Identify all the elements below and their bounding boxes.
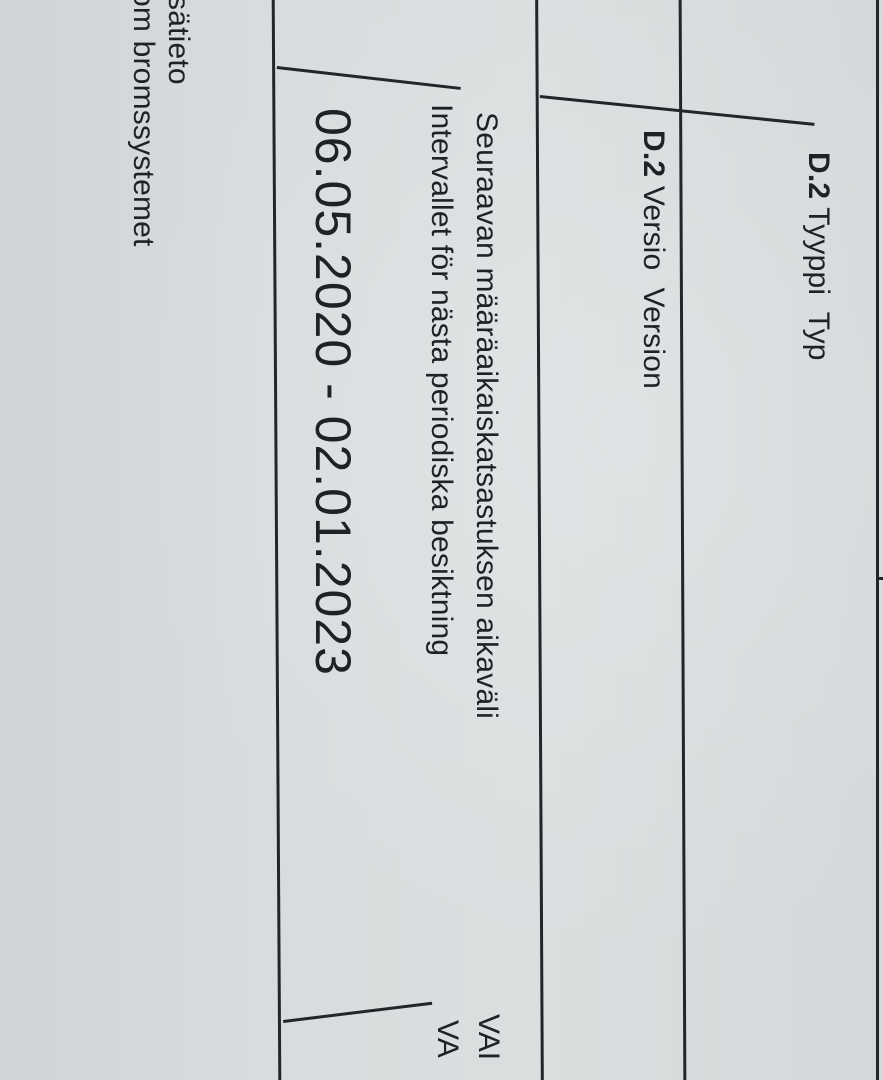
partial-label-brake-system: om bromssystemet xyxy=(126,0,160,247)
field-type-code: D.2 xyxy=(802,152,835,199)
field-version-code: D.2 xyxy=(637,130,670,177)
field-interval-label-fi: Seuraavan määräaikaiskatsastuksen aikavä… xyxy=(469,112,503,719)
field-type-label-sv: Typ xyxy=(802,312,835,361)
field-type-label: D.2 Tyyppi Typ xyxy=(801,152,835,361)
partial-label-info: sätieto xyxy=(161,0,195,85)
rule-right xyxy=(876,0,879,1080)
field-version-label: D.2 Versio Version xyxy=(636,130,670,389)
partial-label-vai: VAI xyxy=(471,1014,505,1060)
rule-short-right xyxy=(876,577,883,580)
field-interval-value: 06.05.2020 - 02.01.2023 xyxy=(304,108,362,676)
partial-label-va: VA xyxy=(430,1020,464,1058)
field-version-label-fi: Versio xyxy=(637,186,670,271)
field-interval-label-sv: Intervallet för nästa periodiska besiktn… xyxy=(424,104,458,656)
field-version-label-sv: Version xyxy=(637,288,670,389)
field-type-label-fi: Tyyppi xyxy=(802,207,835,295)
